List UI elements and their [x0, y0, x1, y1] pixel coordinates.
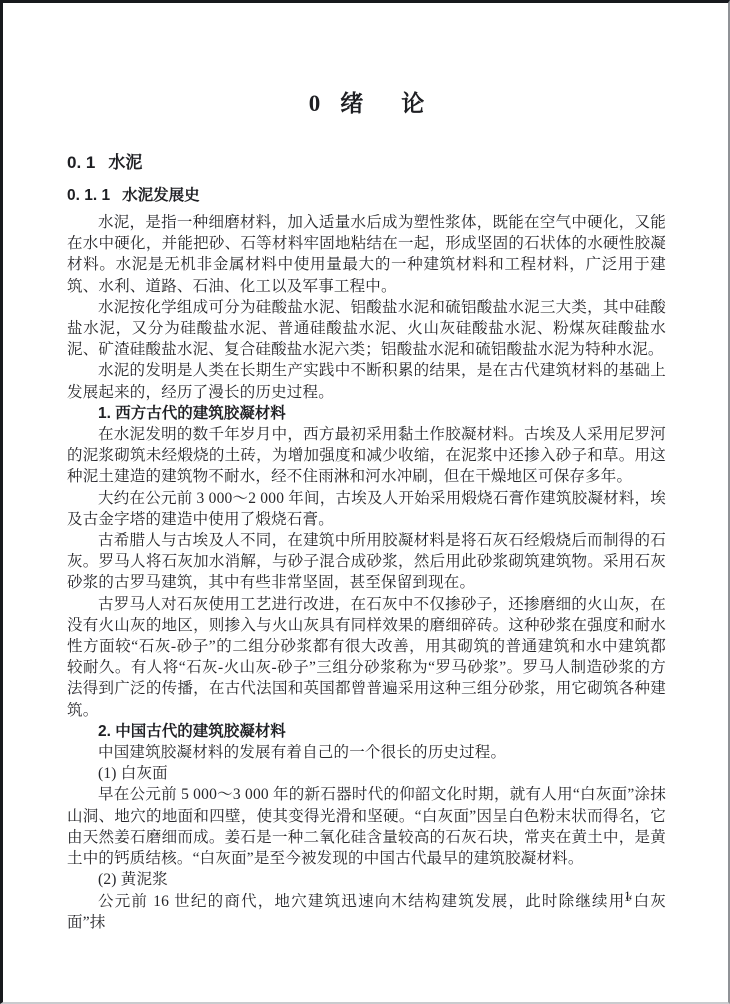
- paragraph: 水泥，是指一种细磨材料，加入适量水后成为塑性浆体，既能在空气中硬化，又能在水中硬…: [67, 212, 666, 297]
- list-item-heading: (2) 黄泥浆: [67, 869, 666, 890]
- subsection-number: 0. 1. 1: [67, 187, 110, 204]
- subsection-heading: 0. 1. 1水泥发展史: [67, 186, 666, 205]
- numbered-heading-chinese: 2. 中国古代的建筑胶凝材料: [67, 721, 666, 742]
- section-number: 0. 1: [67, 153, 95, 172]
- page-number: 1: [624, 889, 631, 906]
- subsection-label: 水泥发展史: [122, 187, 200, 204]
- paragraph: 公元前 16 世纪的商代，地穴建筑迅速向木结构建筑发展，此时除继续用“白灰面”抹: [67, 891, 666, 933]
- document-page: 0绪论 0. 1水泥 0. 1. 1水泥发展史 水泥，是指一种细磨材料，加入适量…: [0, 0, 730, 1004]
- paragraph: 水泥的发明是人类在长期生产实践中不断积累的结果，是在古代建筑材料的基础上发展起来…: [67, 360, 666, 402]
- paragraph: 早在公元前 5 000～3 000 年的新石器时代的仰韶文化时期，就有人用“白灰…: [67, 784, 666, 869]
- body-text: 水泥，是指一种细磨材料，加入适量水后成为塑性浆体，既能在空气中硬化，又能在水中硬…: [67, 212, 666, 933]
- chapter-number: 0: [309, 91, 321, 116]
- paragraph: 大约在公元前 3 000～2 000 年间，古埃及人开始采用煅烧石膏作建筑胶凝材…: [67, 488, 666, 530]
- paragraph: 古罗马人对石灰使用工艺进行改进，在石灰中不仅掺砂子，还掺磨细的火山灰，在没有火山…: [67, 594, 666, 721]
- chapter-title-char: 绪: [340, 91, 363, 116]
- paragraph: 水泥按化学组成可分为硅酸盐水泥、铝酸盐水泥和硫铝酸盐水泥三大类，其中硅酸盐水泥，…: [67, 297, 666, 361]
- section-label: 水泥: [108, 153, 142, 172]
- chapter-title-char: 论: [401, 91, 424, 116]
- section-heading: 0. 1水泥: [67, 153, 666, 173]
- paragraph: 在水泥发明的数千年岁月中，西方最初采用黏土作胶凝材料。古埃及人采用尼罗河的泥浆砌…: [67, 424, 666, 488]
- paragraph: 中国建筑胶凝材料的发展有着自己的一个很长的历史过程。: [67, 742, 666, 763]
- numbered-heading-western: 1. 西方古代的建筑胶凝材料: [67, 403, 666, 424]
- list-item-heading: (1) 白灰面: [67, 763, 666, 784]
- chapter-title: 0绪论: [67, 91, 666, 117]
- paragraph: 古希腊人与古埃及人不同，在建筑中所用胶凝材料是将石灰石经煅烧后而制得的石灰。罗马…: [67, 530, 666, 594]
